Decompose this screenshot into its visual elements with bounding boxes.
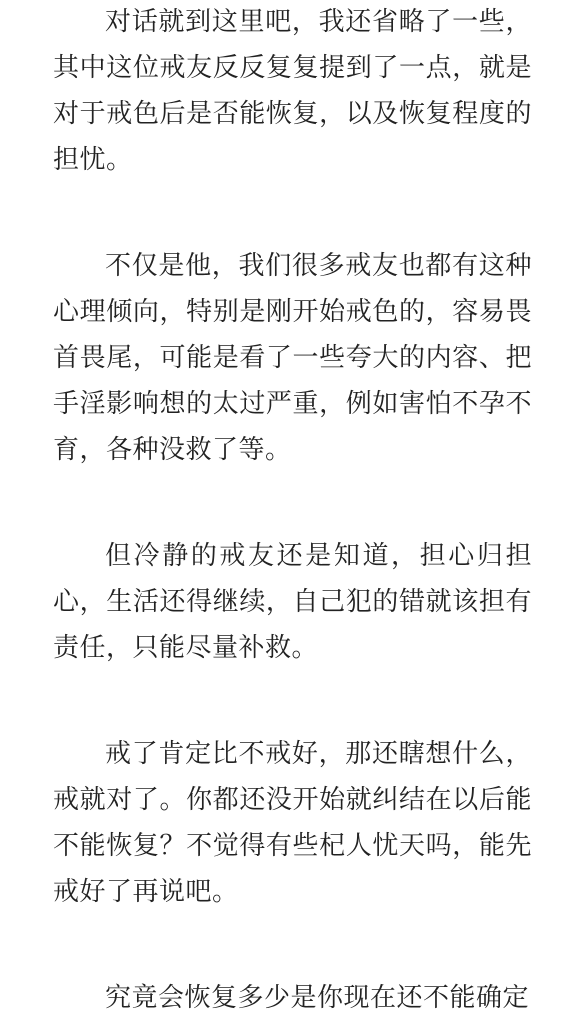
article-paragraph: 戒了肯定比不戒好，那还瞎想什么，戒就对了。你都还没开始就纠结在以后能不能恢复？不… [53, 730, 532, 914]
article-paragraph: 究竟会恢复多少是你现在还不能确定 [53, 974, 532, 1019]
article-paragraph: 但冷静的戒友还是知道，担心归担心，生活还得继续，自己犯的错就该担有责任，只能尽量… [53, 532, 532, 670]
article-paragraph: 不仅是他，我们很多戒友也都有这种心理倾向，特别是刚开始戒色的，容易畏首畏尾，可能… [53, 242, 532, 472]
article-paragraph: 对话就到这里吧，我还省略了一些，其中这位戒友反反复复提到了一点，就是对于戒色后是… [53, 0, 532, 182]
article-body: 对话就到这里吧，我还省略了一些，其中这位戒友反反复复提到了一点，就是对于戒色后是… [53, 0, 532, 1019]
